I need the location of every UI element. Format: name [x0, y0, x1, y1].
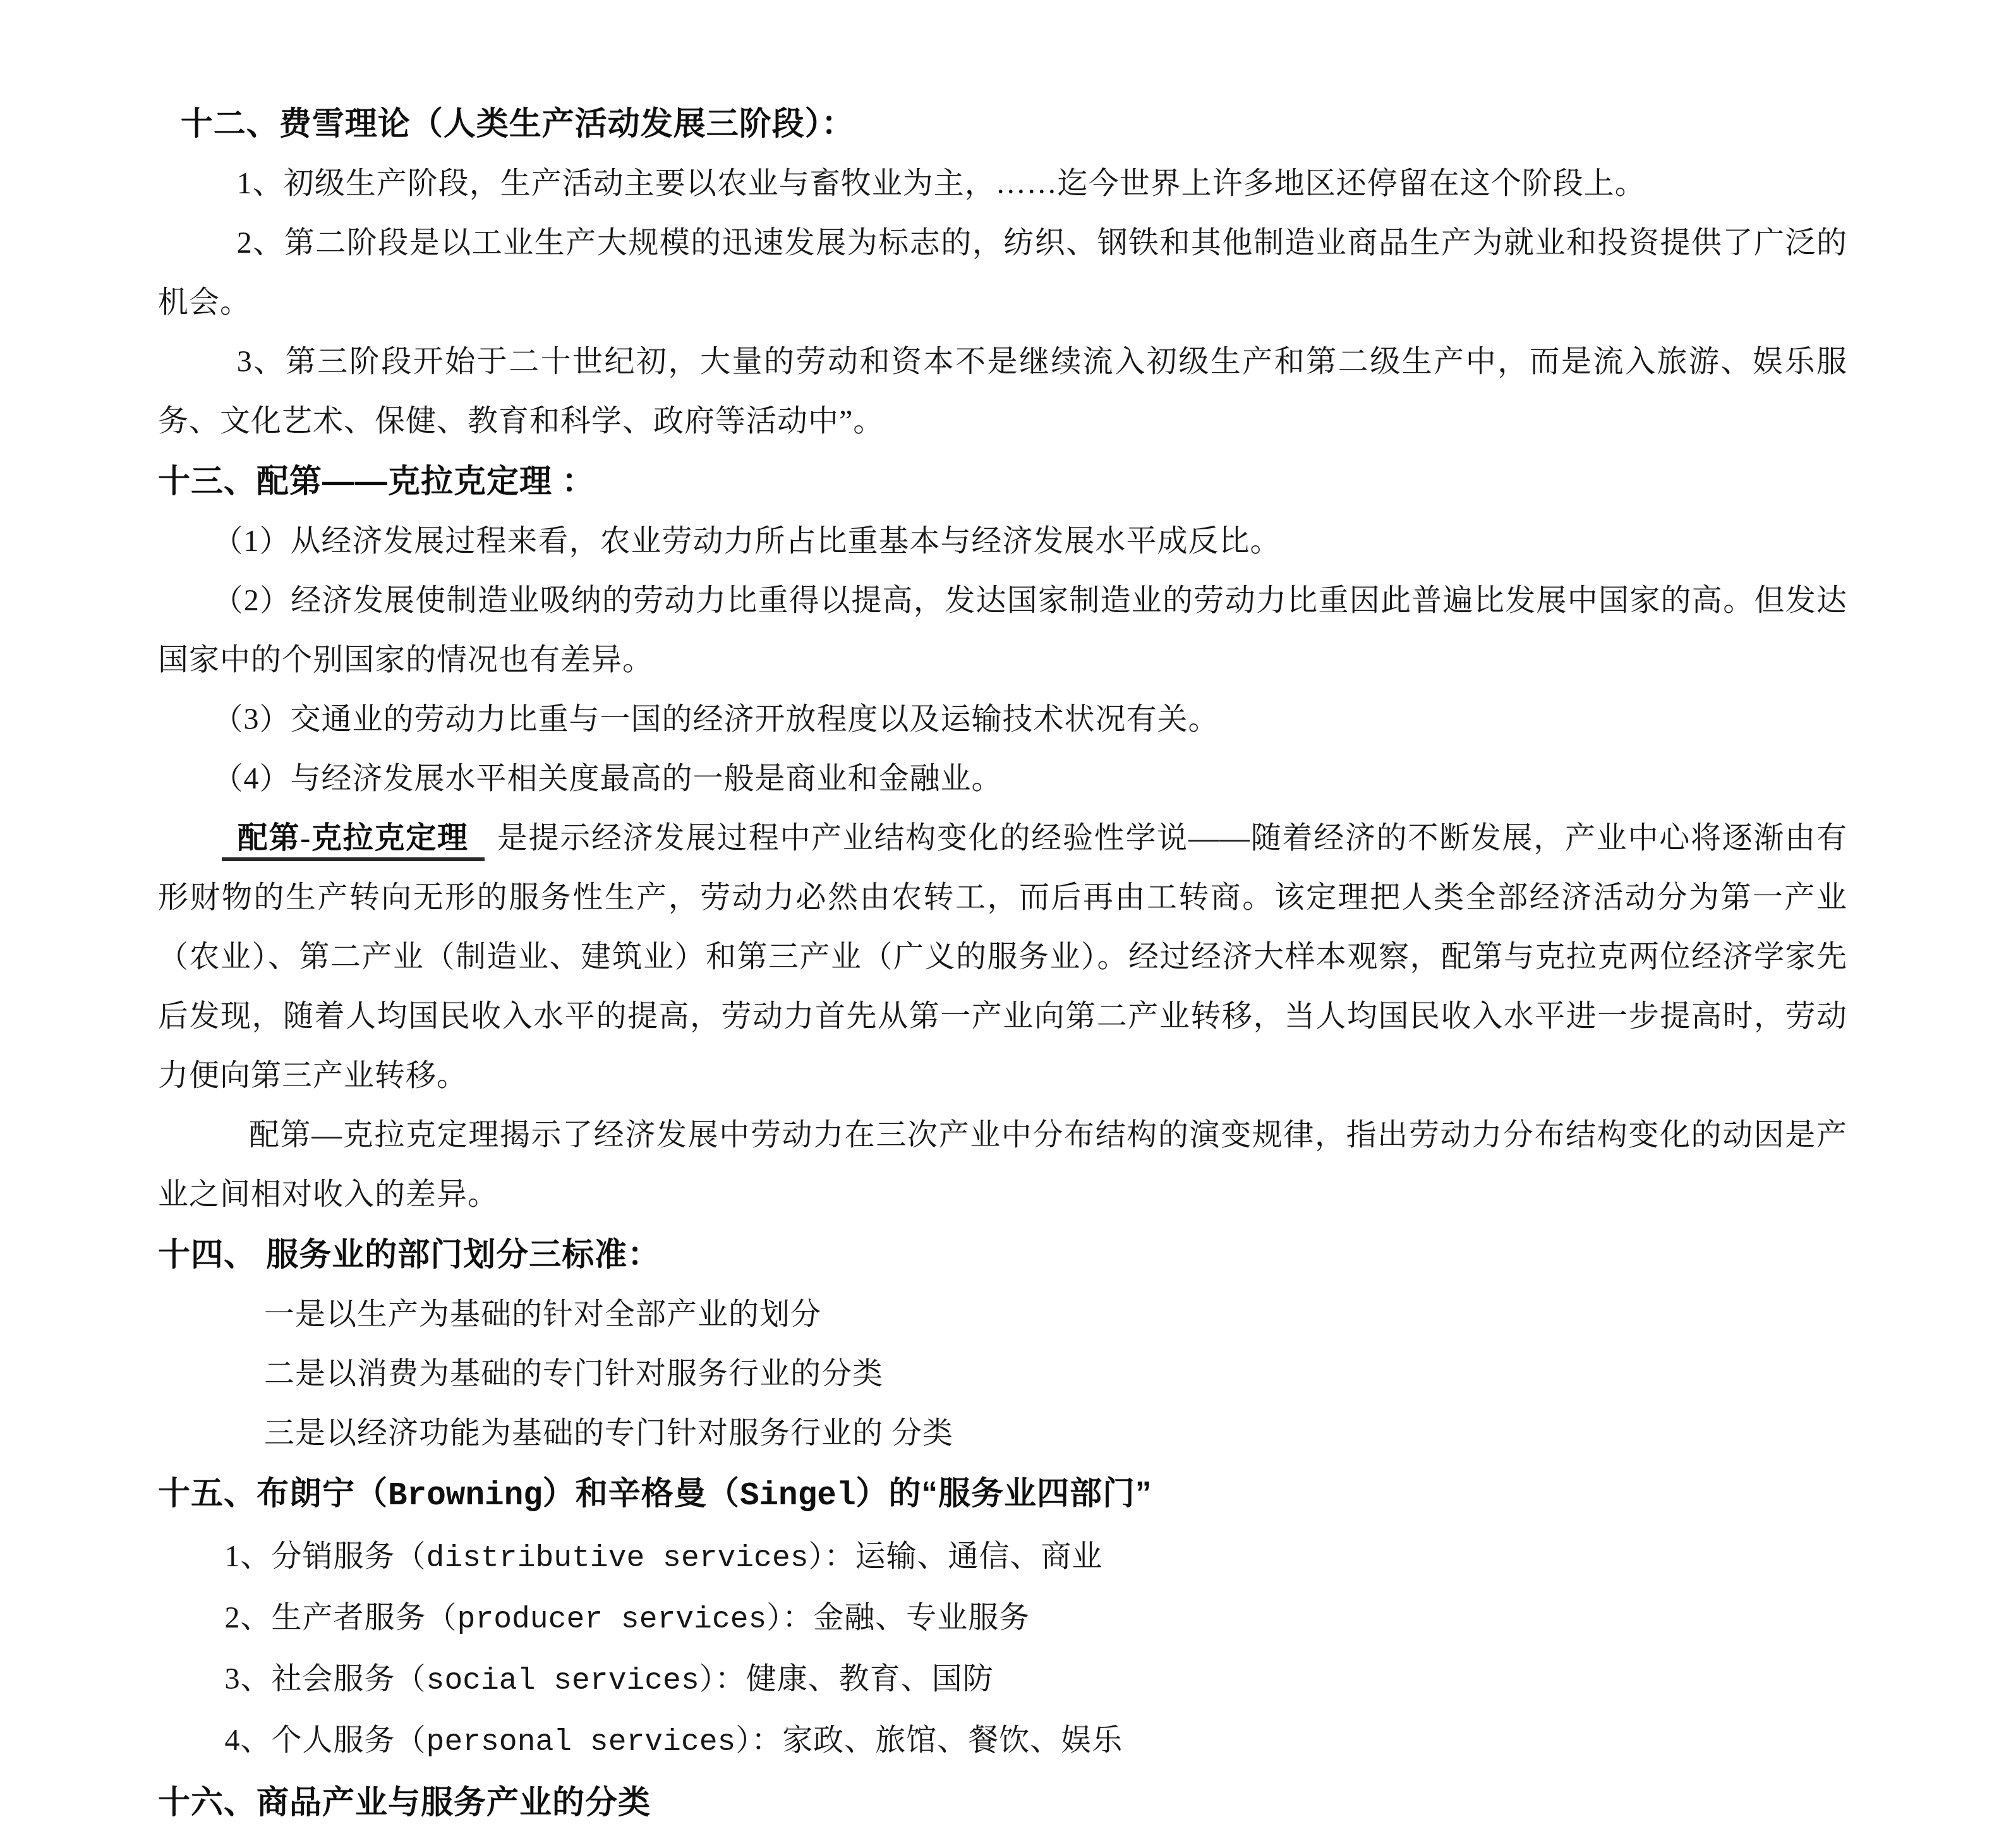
section-14-heading: 十四、 服务业的部门划分三标准： [158, 1224, 1847, 1285]
sector-3-zh: 3、社会服务（ [225, 1662, 426, 1696]
section-13-heading: 十三、配第——克拉克定理 ： [158, 451, 1847, 512]
sector-item-personal: 4、个人服务（personal services）：家政、旅馆、餐饮、娱乐 [158, 1711, 1847, 1772]
petty-clark-definition: 配第-克拉克定理是提示经济发展过程中产业结构变化的经验性学说——随着经济的不断发… [158, 809, 1847, 1106]
sector-1-en: distributive services [426, 1542, 809, 1576]
sector-1-examples: ）：运输、通信、商业 [809, 1540, 1103, 1573]
petty-clark-point-1: （1）从经济发展过程来看，农业劳动力所占比重基本与经济发展水平成反比。 [158, 512, 1847, 571]
sector-2-zh: 2、生产者服务（ [225, 1601, 457, 1634]
fisher-stage-1: 1、初级生产阶段，生产活动主要以农业与畜牧业为主，……迄今世界上许多地区还停留在… [158, 154, 1847, 214]
document-page: 十二、费雪理论（人类生产活动发展三阶段）： 1、初级生产阶段，生产活动主要以农业… [0, 0, 1999, 1848]
sector-item-social: 3、社会服务（social services）：健康、教育、国防 [158, 1650, 1847, 1711]
standard-item-2: 二是以消费为基础的专门针对服务行业的分类 [158, 1344, 1847, 1404]
sector-3-en: social services [426, 1664, 699, 1698]
section-15-heading-pre: 十五、布朗宁（ [158, 1475, 388, 1511]
standard-item-1: 一是以生产为基础的针对全部产业的划分 [158, 1285, 1847, 1344]
section-16-heading: 十六、商品产业与服务产业的分类 [158, 1772, 1847, 1833]
sector-item-distributive: 1、分销服务（distributive services）：运输、通信、商业 [158, 1527, 1847, 1588]
sector-4-examples: ）：家政、旅馆、餐饮、娱乐 [735, 1724, 1123, 1757]
petty-clark-summary: 配第—克拉克定理揭示了经济发展中劳动力在三次产业中分布结构的演变规律，指出劳动力… [158, 1106, 1847, 1224]
sector-2-en: producer services [457, 1603, 767, 1637]
sector-item-producer: 2、生产者服务（producer services）：金融、专业服务 [158, 1588, 1847, 1650]
sector-4-en: personal services [426, 1725, 736, 1760]
petty-clark-point-4: （4）与经济发展水平相关度最高的一般是商业和金融业。 [158, 749, 1847, 809]
petty-clark-definition-text: 是提示经济发展过程中产业结构变化的经验性学说——随着经济的不断发展，产业中心将逐… [158, 821, 1847, 1092]
sector-3-examples: ）：健康、教育、国防 [699, 1662, 994, 1696]
petty-clark-point-3: （3）交通业的劳动力比重与一国的经济开放程度以及运输技术状况有关。 [158, 690, 1847, 749]
petty-clark-term-underlined: 配第-克拉克定理 [222, 821, 485, 861]
section-12-heading: 十二、费雪理论（人类生产活动发展三阶段）： [158, 94, 1847, 154]
section-15-heading-singel: Singel [740, 1478, 856, 1514]
sector-2-examples: ）：金融、专业服务 [766, 1601, 1030, 1634]
section-15-heading-post: ）的“服务业四部门” [856, 1475, 1152, 1511]
section-15-heading-mid: ）和辛格曼（ [543, 1475, 740, 1511]
section-15-heading: 十五、布朗宁（Browning）和辛格曼（Singel）的“服务业四部门” [158, 1463, 1847, 1527]
sector-4-zh: 4、个人服务（ [225, 1724, 426, 1757]
fisher-stage-3: 3、第三阶段开始于二十世纪初，大量的劳动和资本不是继续流入初级生产和第二级生产中… [158, 332, 1847, 451]
petty-clark-point-2: （2）经济发展使制造业吸纳的劳动力比重得以提高，发达国家制造业的劳动力比重因此普… [158, 571, 1847, 690]
standard-item-3: 三是以经济功能为基础的专门针对服务行业的 分类 [158, 1404, 1847, 1463]
sector-1-zh: 1、分销服务（ [225, 1540, 426, 1573]
section-15-heading-browning: Browning [388, 1478, 543, 1514]
fisher-stage-2: 2、第二阶段是以工业生产大规模的迅速发展为标志的，纺织、钢铁和其他制造业商品生产… [158, 214, 1847, 332]
